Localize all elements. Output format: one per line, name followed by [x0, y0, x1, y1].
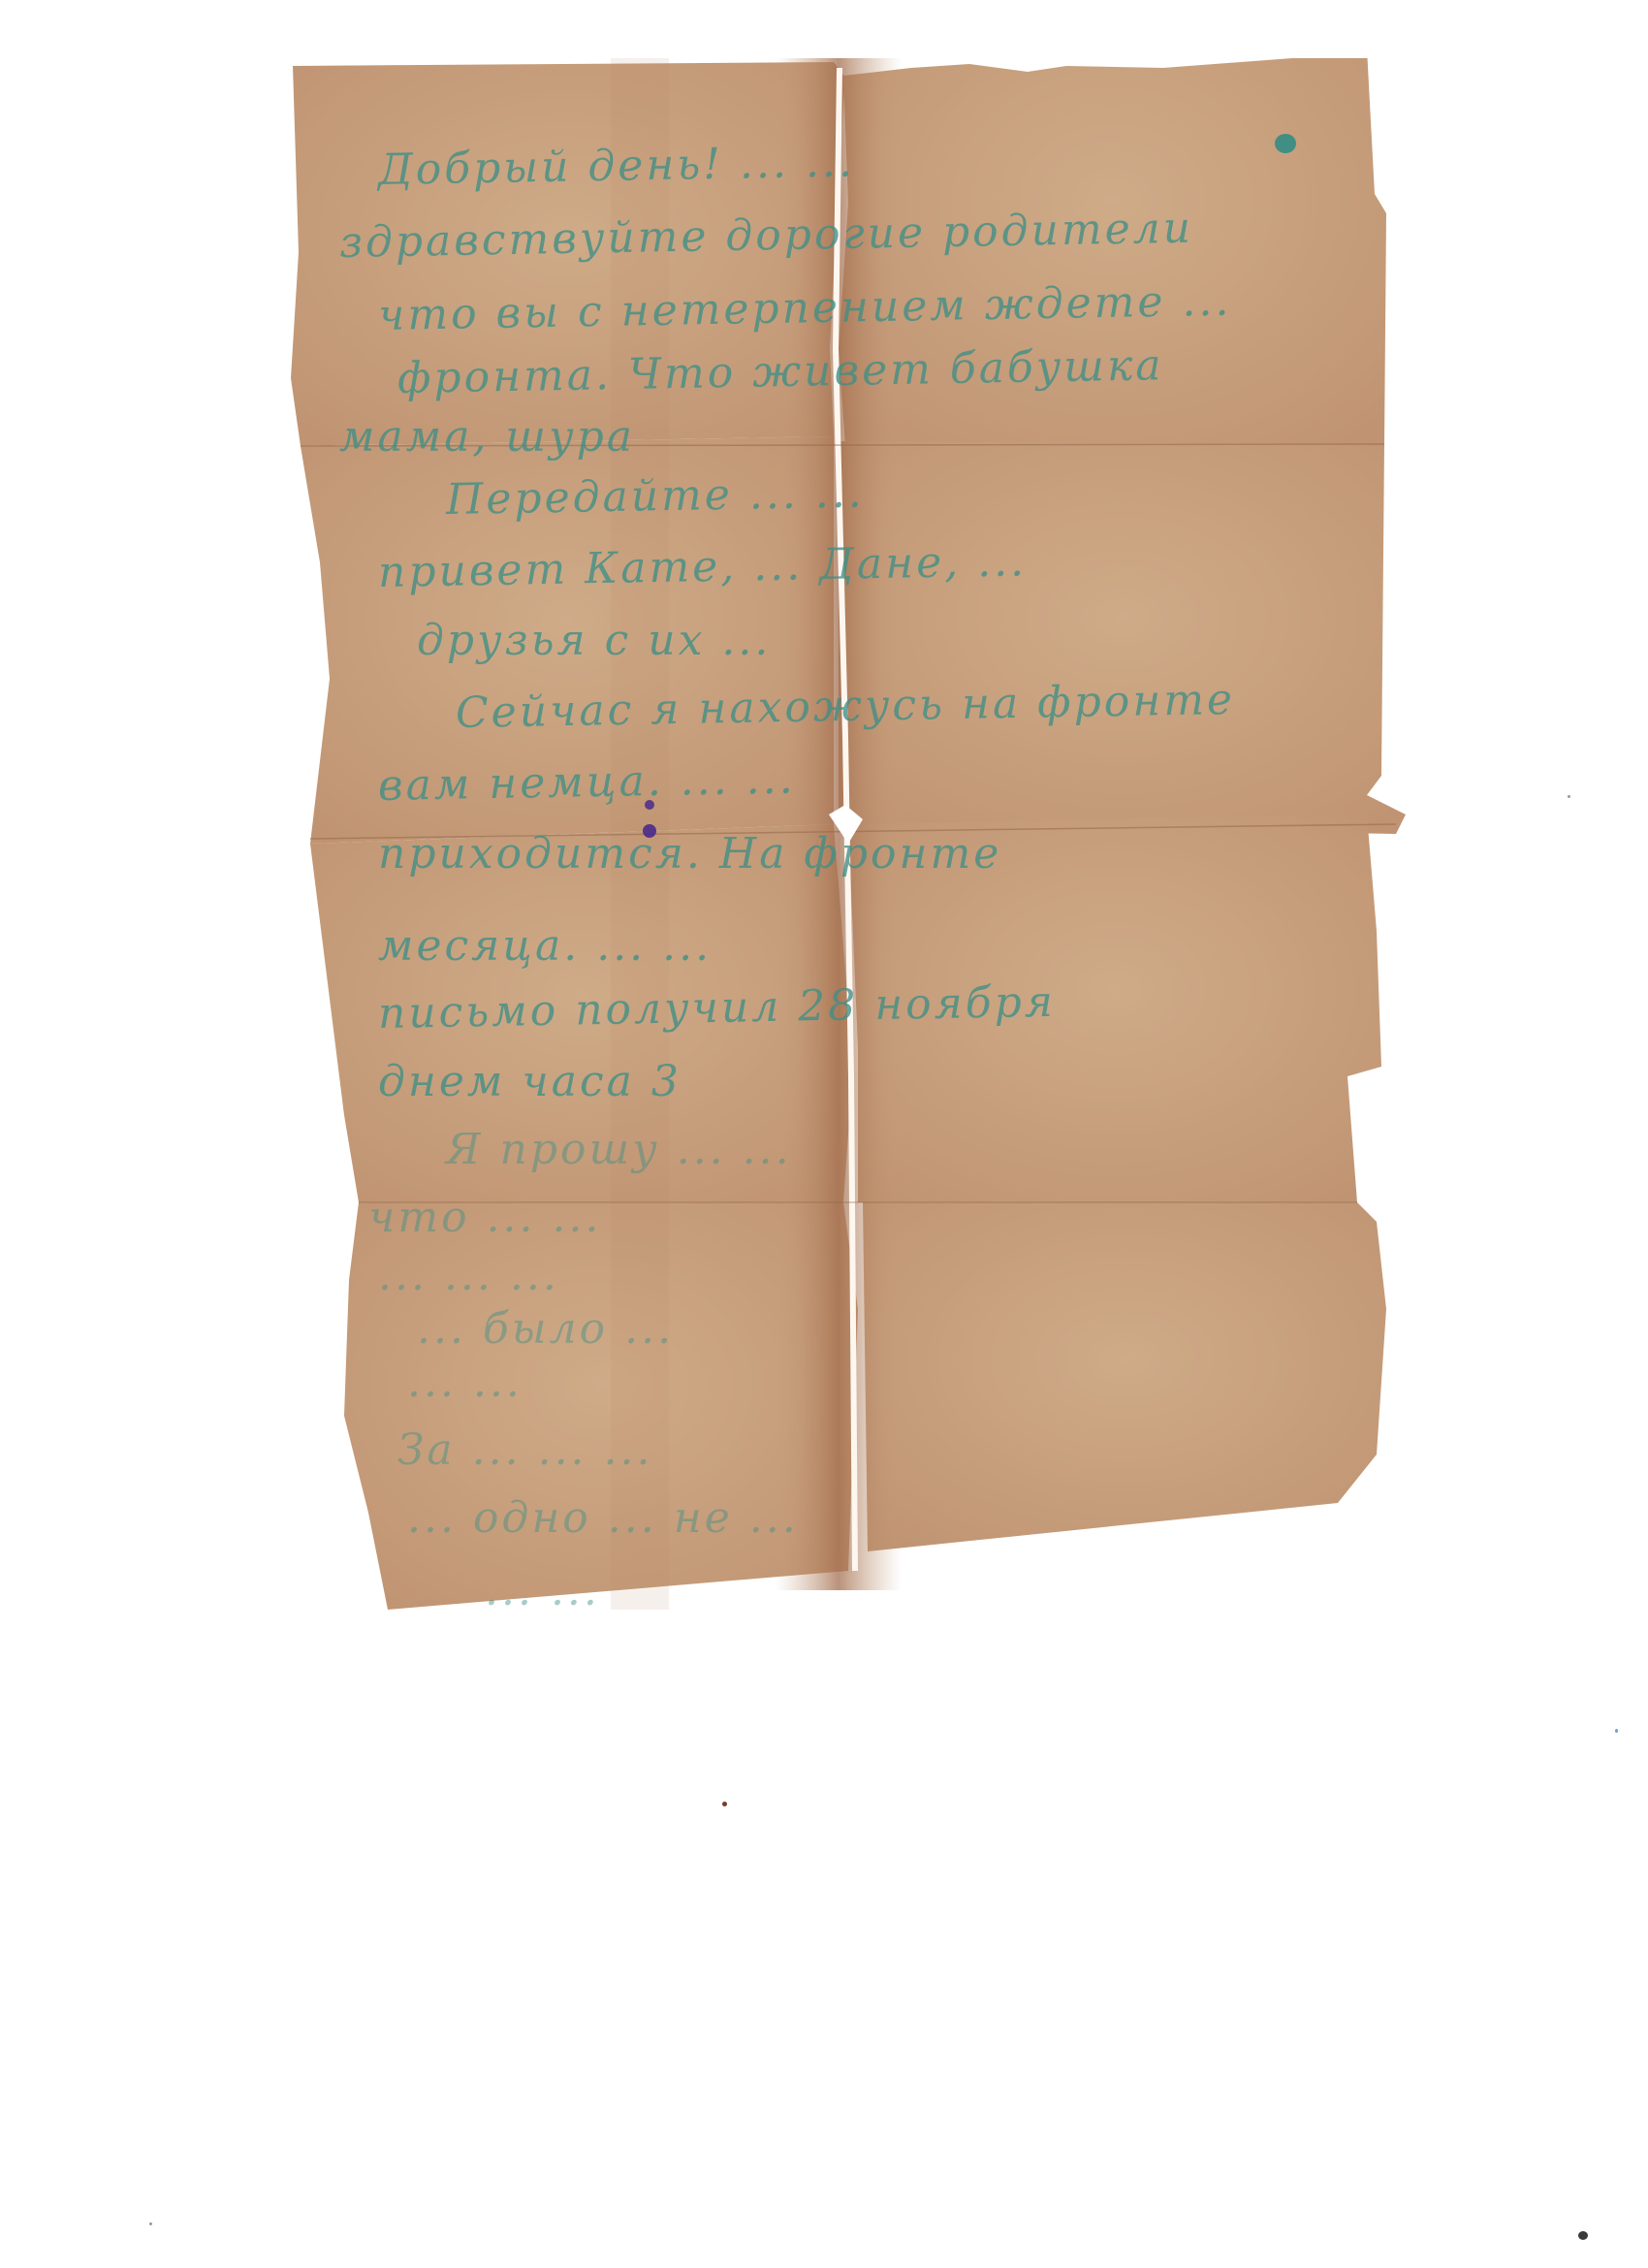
- text-line: фронта. Что живет бабушка: [397, 340, 1164, 403]
- handwritten-text: Добрый день! ... ... здравствуйте дороги…: [291, 58, 1406, 1619]
- scanned-page: Добрый день! ... ... здравствуйте дороги…: [0, 0, 1648, 2268]
- text-line: месяца. ... ...: [378, 921, 712, 971]
- text-line: что ... ...: [368, 1193, 601, 1242]
- text-line: письмо получил 28 ноября: [378, 977, 1057, 1038]
- text-line: Сейчас я нахожусь на фронте: [456, 675, 1236, 738]
- text-line: Я прошу ... ...: [446, 1125, 792, 1174]
- text-line: ... ... ...: [378, 1251, 559, 1300]
- text-line: ... одно ... не ...: [407, 1493, 799, 1543]
- text-line: За ... ... ...: [397, 1425, 652, 1475]
- text-line: ... ...: [407, 1358, 523, 1407]
- dust-speck: [722, 1802, 727, 1806]
- ink-blot: [1275, 134, 1296, 153]
- dust-speck: [1578, 2231, 1588, 2240]
- dust-speck: [1568, 795, 1570, 798]
- text-line: друзья с их ...: [417, 616, 771, 665]
- text-line: ... ...: [485, 1566, 600, 1615]
- purple-ink-dot: [645, 800, 654, 810]
- text-line: Добрый день! ... ...: [378, 137, 856, 195]
- text-line: что вы с нетерпением ждете ...: [378, 276, 1232, 340]
- dust-speck: [149, 2222, 152, 2225]
- text-line: вам немца. ... ...: [378, 753, 796, 811]
- dust-speck: [1615, 1729, 1618, 1733]
- text-line: днем часа 3: [378, 1057, 681, 1106]
- purple-ink-dot: [643, 824, 656, 838]
- letter-paper: Добрый день! ... ... здравствуйте дороги…: [291, 58, 1406, 1619]
- text-line: ... было ...: [417, 1304, 674, 1354]
- text-line: мама, шура: [339, 412, 635, 462]
- text-line: приходится. На фронте: [378, 829, 1001, 878]
- text-line: привет Кате, ... Дане, ...: [378, 536, 1028, 597]
- text-line: здравствуйте дорогие родители: [339, 204, 1194, 268]
- text-line: Передайте ... ...: [446, 467, 866, 525]
